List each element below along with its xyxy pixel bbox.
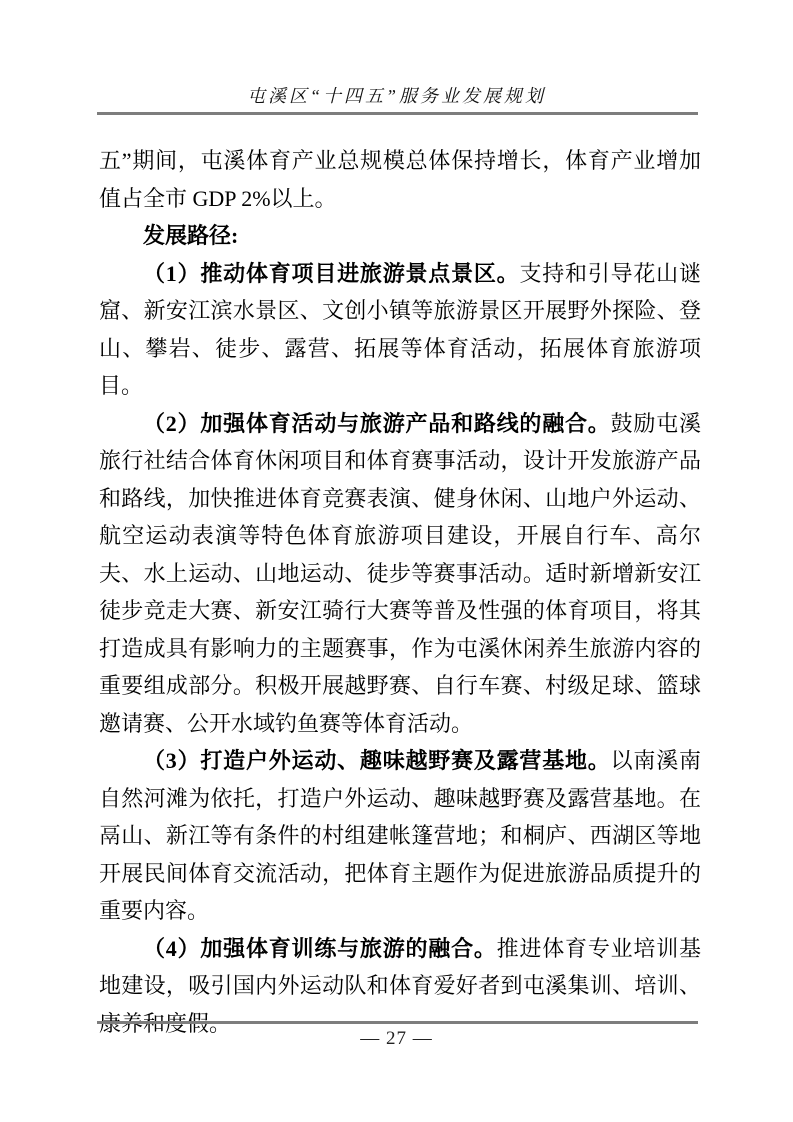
- paragraph-2: （1）推动体育项目进旅游景点景区。支持和引导花山谜窟、新安江滨水景区、文创小镇等…: [99, 255, 701, 405]
- paragraph-4-segment-0: （3）打造户外运动、趣味越野赛及露营基地。: [143, 748, 611, 773]
- paragraph-5: （4）加强体育训练与旅游的融合。推进体育专业培训基地建设，吸引国内外运动队和体育…: [99, 930, 701, 1043]
- document-page: 屯溪区“十四五”服务业发展规划 五”期间，屯溪体育产业总规模总体保持增长，体育产…: [0, 0, 793, 1122]
- paragraph-3: （2）加强体育活动与旅游产品和路线的融合。鼓励屯溪旅行社结合体育休闲项目和体育赛…: [99, 405, 701, 743]
- paragraph-0-segment-0: 五”期间，屯溪体育产业总规模总体保持增长，体育产业增加值占全市 GDP 2%以上…: [99, 148, 701, 211]
- paragraph-3-segment-0: （2）加强体育活动与旅游产品和路线的融合。: [143, 411, 611, 436]
- paragraph-3-segment-1: 鼓励屯溪旅行社结合体育休闲项目和体育赛事活动，设计开发旅游产品和路线，加快推进体…: [99, 411, 701, 736]
- document-body: 五”期间，屯溪体育产业总规模总体保持增长，体育产业增加值占全市 GDP 2%以上…: [99, 142, 701, 1042]
- paragraph-4-segment-1: 以南溪南自然河滩为依托，打造户外运动、趣味越野赛及露营基地。在鬲山、新江等有条件…: [99, 748, 701, 923]
- paragraph-4: （3）打造户外运动、趣味越野赛及露营基地。以南溪南自然河滩为依托，打造户外运动、…: [99, 742, 701, 930]
- page-header-title: 屯溪区“十四五”服务业发展规划: [0, 82, 793, 108]
- paragraph-1: 发展路径:: [99, 217, 701, 255]
- header-rule: [97, 112, 698, 115]
- footer-rule: [97, 1021, 698, 1024]
- page-number: — 27 —: [0, 1028, 793, 1050]
- paragraph-1-segment-0: 发展路径:: [143, 223, 238, 248]
- paragraph-0: 五”期间，屯溪体育产业总规模总体保持增长，体育产业增加值占全市 GDP 2%以上…: [99, 142, 701, 217]
- paragraph-2-segment-0: （1）推动体育项目进旅游景点景区。: [143, 261, 519, 286]
- paragraph-5-segment-0: （4）加强体育训练与旅游的融合。: [143, 936, 497, 961]
